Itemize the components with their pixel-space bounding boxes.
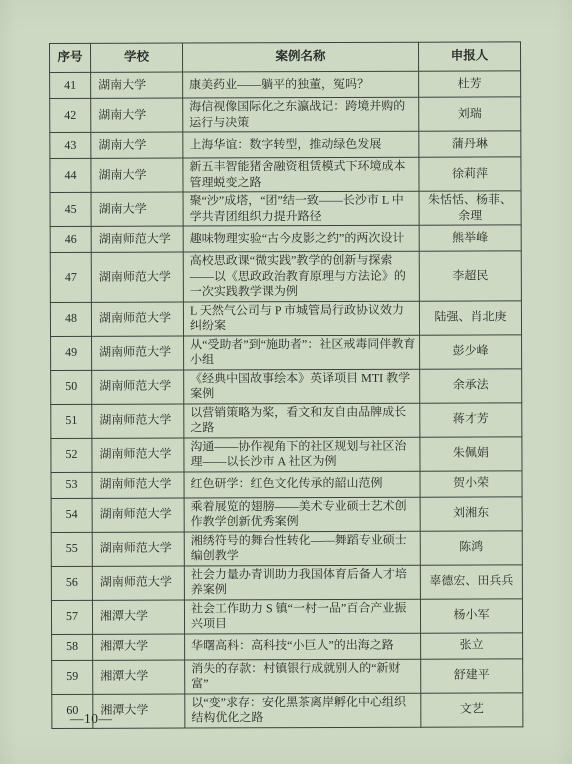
table-row: 42 湖南大学 海信视像国际化之东瀛战记：跨境并购的运行与决策 刘瑞 [50,97,521,133]
table-header-row: 序号 学校 案例名称 申报人 [50,42,521,73]
serial-number-cell: 51 [51,404,92,438]
case-name-cell: 以营销策略为桨，看文和友自由品牌成长之路 [184,403,420,438]
case-name-cell: 乘着展览的翅膀——美术专业硕士艺术创作教学创新优秀案例 [184,497,420,532]
school-cell: 湖南师范大学 [91,302,183,336]
case-name-cell: 湘绣符号的舞台性转化——舞蹈专业硕士编创教学 [184,531,420,566]
applicant-cell: 杜芳 [419,71,521,97]
serial-number-cell: 46 [50,226,91,252]
serial-number-cell: 59 [52,660,93,694]
table-row: 43 湖南大学 上海华谊：数字转型，推动绿色发展 蒲丹琳 [50,131,521,159]
school-cell: 湖南大学 [91,98,183,132]
page-number: —10— [70,711,113,727]
applicant-cell: 蒋才芳 [420,402,522,436]
case-name-cell: 以“变”求存：安化黑茶离岸孵化中心组织结构优化之路 [185,693,421,728]
applicant-cell: 徐莉萍 [419,157,521,191]
applicant-cell: 刘湘东 [420,496,522,530]
table-row: 58 湘潭大学 华曙高科：高科技“小巨人”的出海之路 张立 [52,632,523,660]
school-cell: 湖南大学 [91,192,183,226]
case-name-cell: 康美药业——躺平的独董，冤吗？ [183,71,419,98]
applicant-cell: 朱恬恬、杨菲、余理 [419,191,521,225]
serial-number-cell: 41 [50,72,91,98]
serial-number-cell: 55 [51,532,92,566]
case-name-cell: 消失的存款：村镇银行成就别人的“新财富” [185,659,421,694]
serial-number-cell: 58 [52,634,93,660]
case-name-cell: 高校思政课“微实践”教学的创新与探索——以《思政政治教育原理与方法论》的一次实践… [183,251,419,301]
applicant-cell: 彭少峰 [420,334,522,368]
applicant-cell: 陈鸿 [420,530,522,564]
table-row: 48 湖南师范大学 L 天然气公司与 P 市城管局行政协议效力纠纷案 陆强、肖北… [50,300,521,336]
case-name-cell: 沟通——协作视角下的社区规划与社区治理——以长沙市 A 社区为例 [184,437,420,472]
applicant-cell: 贺小荣 [420,470,522,496]
applicant-cell: 张立 [421,632,523,658]
table-row: 54 湖南师范大学 乘着展览的翅膀——美术专业硕士艺术创作教学创新优秀案例 刘湘… [51,496,522,532]
applicant-cell: 杨小军 [420,598,522,632]
table-row: 52 湖南师范大学 沟通——协作视角下的社区规划与社区治理——以长沙市 A 社区… [51,436,522,472]
case-name-cell: 新五丰智能猪舍融资租赁模式下环境成本管理蜕变之路 [183,157,419,192]
serial-number-cell: 42 [50,98,91,132]
header-school: 学校 [91,43,183,72]
serial-number-cell: 50 [51,370,92,404]
table-row: 47 湖南师范大学 高校思政课“微实践”教学的创新与探索——以《思政政治教育原理… [50,251,521,302]
school-cell: 湖南师范大学 [91,252,183,302]
applicant-cell: 陆强、肖北庚 [419,300,521,334]
table-body: 41 湖南大学 康美药业——躺平的独董，冤吗？ 杜芳 42 湖南大学 海信视像国… [50,71,523,728]
case-name-cell: 海信视像国际化之东瀛战记：跨境并购的运行与决策 [183,97,419,132]
table-row: 59 湘潭大学 消失的存款：村镇银行成就别人的“新财富” 舒建平 [52,658,523,694]
case-name-cell: 华曙高科：高科技“小巨人”的出海之路 [185,633,421,660]
table-row: 57 湘潭大学 社会工作助力 S 镇“一村一品”百合产业振兴项目 杨小军 [51,598,522,634]
applicant-cell: 辜德宏、田兵兵 [420,564,522,598]
school-cell: 湖南师范大学 [92,498,184,532]
school-cell: 湖南大学 [91,72,183,98]
school-cell: 湖南师范大学 [92,370,184,404]
serial-number-cell: 54 [51,498,92,532]
serial-number-cell: 49 [51,336,92,370]
serial-number-cell: 47 [50,252,91,302]
case-name-cell: 《经典中国故事绘本》英译项目 MTI 教学案例 [184,369,420,404]
serial-number-cell: 48 [50,302,91,336]
case-list-table: 序号 学校 案例名称 申报人 41 湖南大学 康美药业——躺平的独董，冤吗？ 杜… [49,41,523,728]
table-row: 49 湖南师范大学 从“受助者”到“施助者”：社区戒毒同伴教育小组 彭少峰 [51,334,522,370]
header-case-name: 案例名称 [183,42,419,72]
case-name-cell: L 天然气公司与 P 市城管局行政协议效力纠纷案 [183,301,419,336]
applicant-cell: 朱佩娟 [420,436,522,470]
serial-number-cell: 45 [50,192,91,226]
applicant-cell: 舒建平 [421,658,523,692]
applicant-cell: 李超民 [419,251,521,301]
table-row: 45 湖南大学 聚“沙”成塔，“团”结一致——长沙市 L 中学共青团组织力提升路… [50,191,521,227]
table-row: 41 湖南大学 康美药业——躺平的独董，冤吗？ 杜芳 [50,71,521,99]
school-cell: 湖南师范大学 [92,566,184,600]
applicant-cell: 蒲丹琳 [419,131,521,157]
serial-number-cell: 52 [51,438,92,472]
table-row: 56 湖南师范大学 社会力量办青训助力我国体育后备人才培养案例 辜德宏、田兵兵 [51,564,522,600]
case-name-cell: 社会工作助力 S 镇“一村一品”百合产业振兴项目 [184,599,420,634]
school-cell: 湖南师范大学 [92,404,184,438]
applicant-cell: 余承法 [420,368,522,402]
school-cell: 湖南大学 [91,158,183,192]
table-row: 51 湖南师范大学 以营销策略为桨，看文和友自由品牌成长之路 蒋才芳 [51,402,522,438]
case-name-cell: 从“受助者”到“施助者”：社区戒毒同伴教育小组 [184,335,420,370]
serial-number-cell: 43 [50,132,91,158]
table-row: 44 湖南大学 新五丰智能猪舍融资租赁模式下环境成本管理蜕变之路 徐莉萍 [50,157,521,193]
table-row: 55 湖南师范大学 湘绣符号的舞台性转化——舞蹈专业硕士编创教学 陈鸿 [51,530,522,566]
school-cell: 湘潭大学 [93,634,185,660]
table-row: 50 湖南师范大学 《经典中国故事绘本》英译项目 MTI 教学案例 余承法 [51,368,522,404]
serial-number-cell: 53 [51,472,92,498]
table-row: 46 湖南师范大学 趣味物理实验“古今皮影之约”的两次设计 熊举峰 [50,225,521,253]
table-row: 53 湖南师范大学 红色研学：红色文化传承的韶山范例 贺小荣 [51,470,522,498]
case-name-cell: 红色研学：红色文化传承的韶山范例 [184,471,420,498]
school-cell: 湖南大学 [91,132,183,158]
school-cell: 湖南师范大学 [92,336,184,370]
applicant-cell: 刘瑞 [419,97,521,131]
case-name-cell: 社会力量办青训助力我国体育后备人才培养案例 [184,565,420,600]
header-applicant: 申报人 [418,42,520,71]
serial-number-cell: 44 [50,158,91,192]
applicant-cell: 文艺 [421,692,523,726]
header-serial-number: 序号 [50,43,91,72]
school-cell: 湖南师范大学 [92,472,184,498]
school-cell: 湖南师范大学 [92,532,184,566]
school-cell: 湖南师范大学 [92,438,184,472]
case-name-cell: 趣味物理实验“古今皮影之约”的两次设计 [183,225,419,252]
serial-number-cell: 57 [51,600,92,634]
school-cell: 湘潭大学 [93,660,185,694]
school-cell: 湖南师范大学 [91,226,183,252]
case-name-cell: 聚“沙”成塔，“团”结一致——长沙市 L 中学共青团组织力提升路径 [183,191,419,226]
applicant-cell: 熊举峰 [419,225,521,251]
table-row: 60 湘潭大学 以“变”求存：安化黑茶离岸孵化中心组织结构优化之路 文艺 [52,692,523,728]
school-cell: 湘潭大学 [92,600,184,634]
serial-number-cell: 56 [51,566,92,600]
document-page: 序号 学校 案例名称 申报人 41 湖南大学 康美药业——躺平的独董，冤吗？ 杜… [0,0,572,764]
case-name-cell: 上海华谊：数字转型，推动绿色发展 [183,131,419,158]
